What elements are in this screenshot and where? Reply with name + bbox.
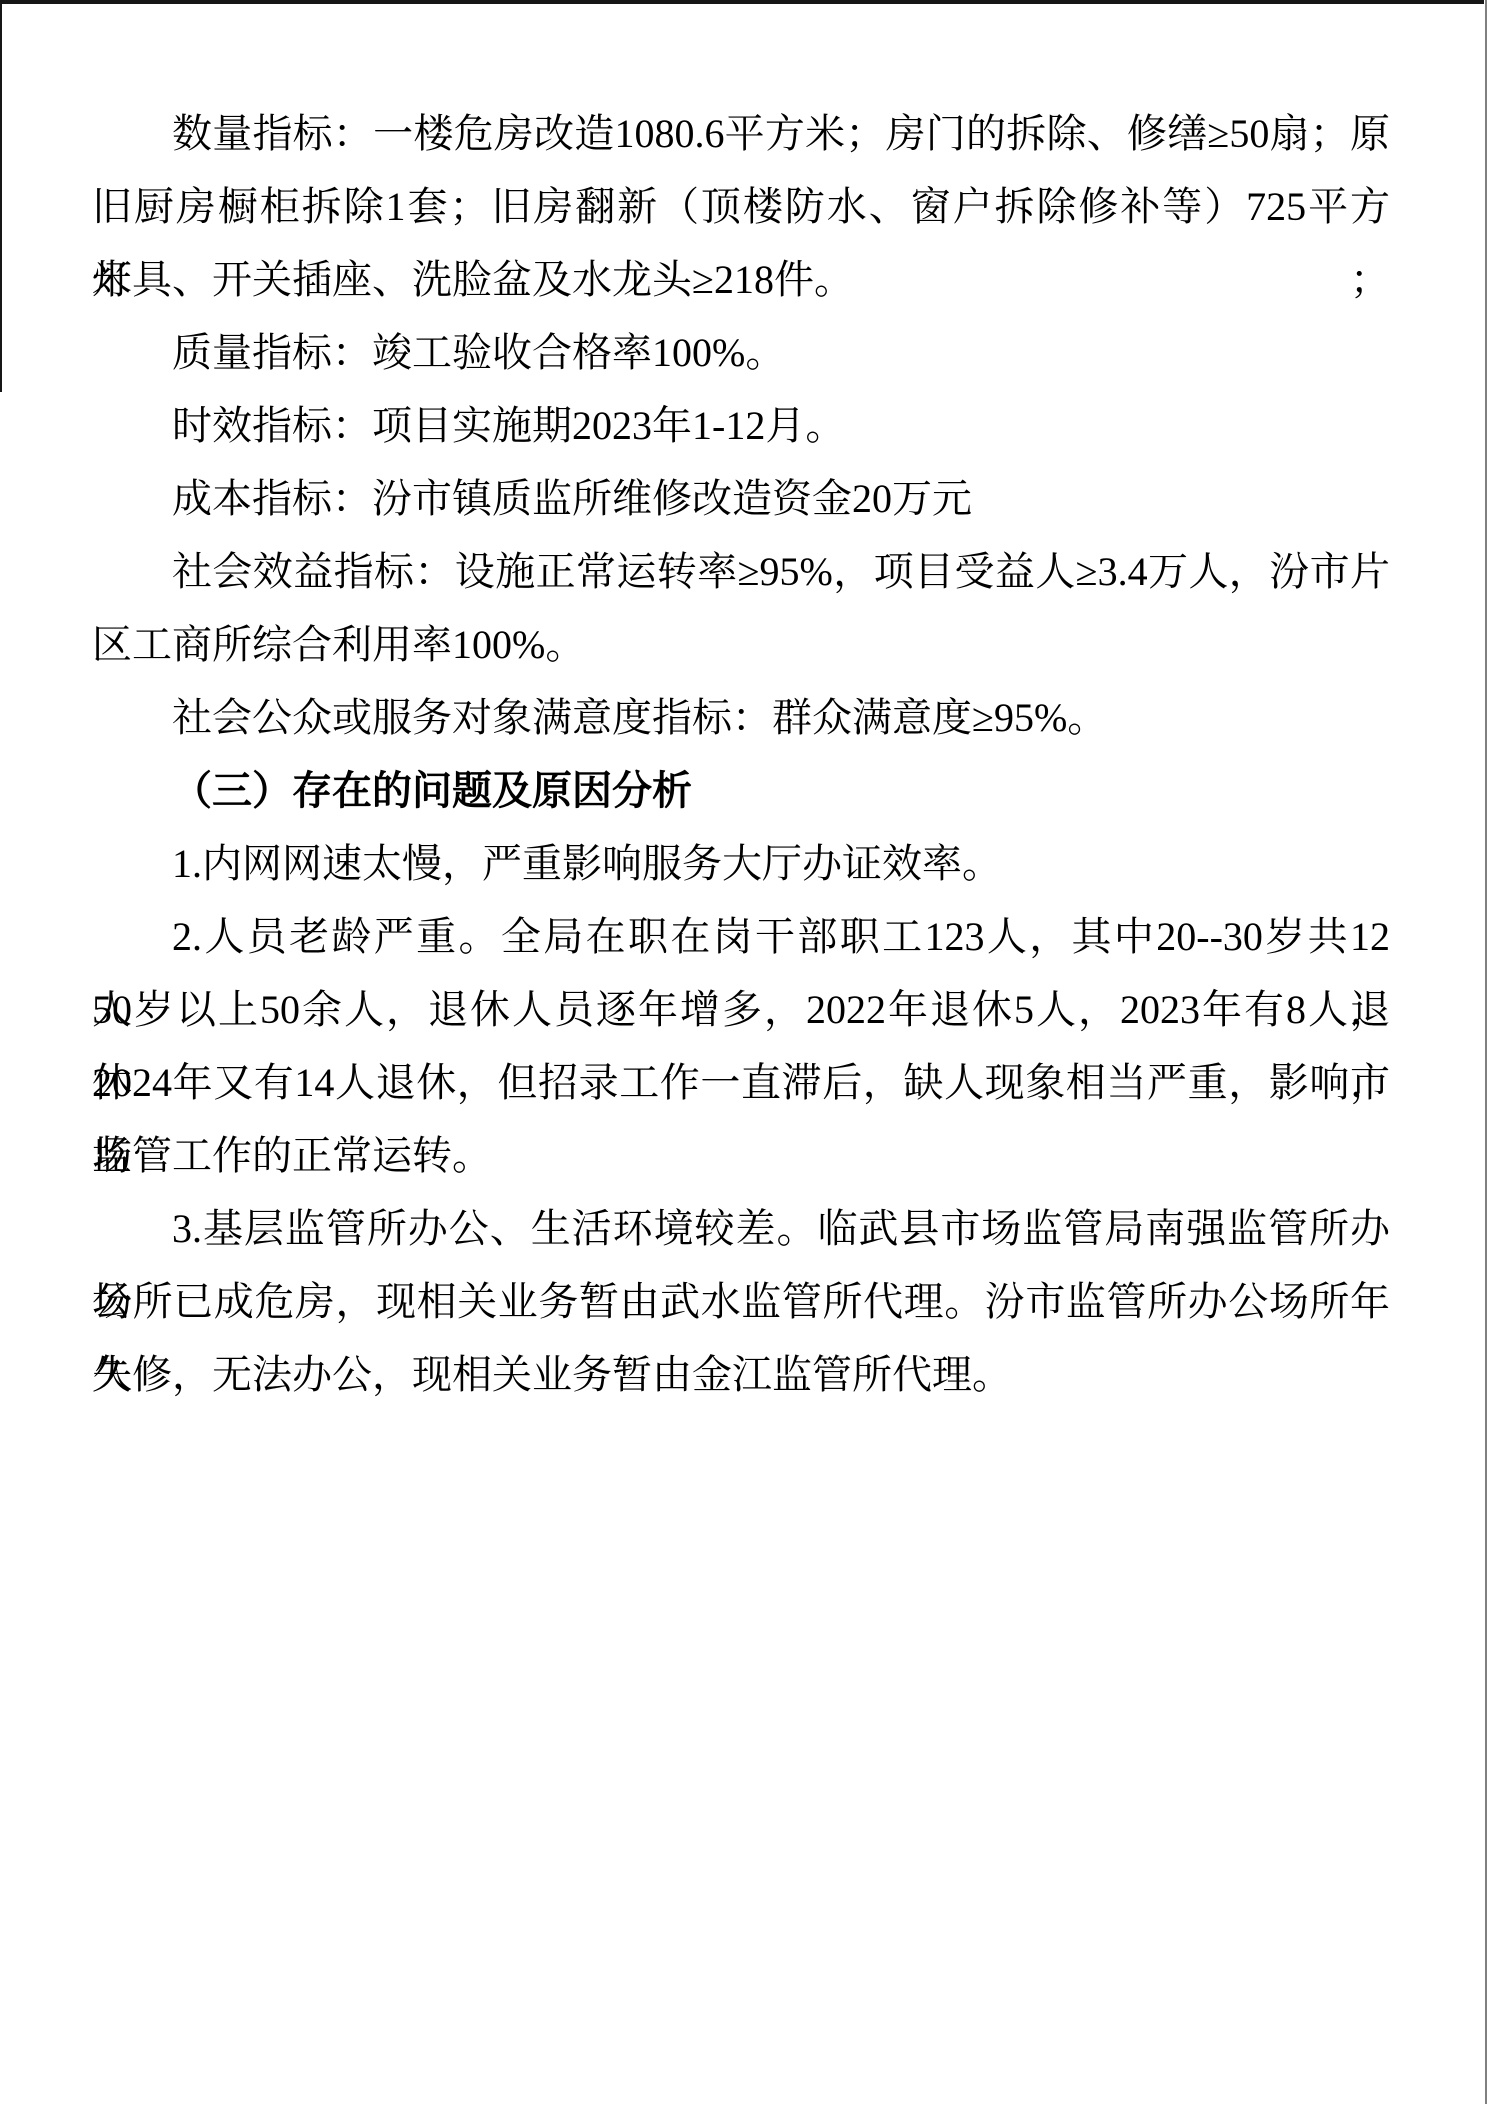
section-heading: （三）存在的问题及原因分析 [92, 754, 1390, 827]
document-body: 数量指标：一楼危房改造1080.6平方米；房门的拆除、修缮≥50扇；原旧厨房橱柜… [92, 97, 1390, 1411]
text-line: 社会公众或服务对象满意度指标：群众满意度≥95%。 [92, 681, 1390, 754]
text-line: 场所已成危房，现相关业务暂由武水监管所代理。汾市监管所办公场所年久 [92, 1265, 1390, 1338]
text-line: 数量指标：一楼危房改造1080.6平方米；房门的拆除、修缮≥50扇；原 [92, 97, 1390, 170]
text-line: 1.内网网速太慢，严重影响服务大厅办证效率。 [92, 827, 1390, 900]
text-line: 2.人员老龄严重。全局在职在岗干部职工123人，其中20--30岁共12人， [92, 900, 1390, 973]
text-line: 旧厨房橱柜拆除1套；旧房翻新（顶楼防水、窗户拆除修补等）725平方米； [92, 170, 1390, 243]
text-line: 区工商所综合利用率100%。 [92, 608, 1390, 681]
text-line: 质量指标：竣工验收合格率100%。 [92, 316, 1390, 389]
text-line: 50岁以上50余人，退休人员逐年增多，2022年退休5人，2023年有8人退休， [92, 973, 1390, 1046]
text-line: 失修，无法办公，现相关业务暂由金江监管所代理。 [92, 1338, 1390, 1411]
text-line: 2024年又有14人退休，但招录工作一直滞后，缺人现象相当严重，影响市场 [92, 1046, 1390, 1119]
text-line: 3.基层监管所办公、生活环境较差。临武县市场监管局南强监管所办公 [92, 1192, 1390, 1265]
scan-edge-left [0, 0, 2, 392]
text-line: 成本指标：汾市镇质监所维修改造资金20万元 [92, 462, 1390, 535]
scan-edge-top [0, 0, 1484, 4]
scan-edge-right [1485, 0, 1487, 2104]
text-line: 时效指标：项目实施期2023年1-12月。 [92, 389, 1390, 462]
text-line: 监管工作的正常运转。 [92, 1119, 1390, 1192]
text-line: 社会效益指标：设施正常运转率≥95%，项目受益人≥3.4万人，汾市片 [92, 535, 1390, 608]
